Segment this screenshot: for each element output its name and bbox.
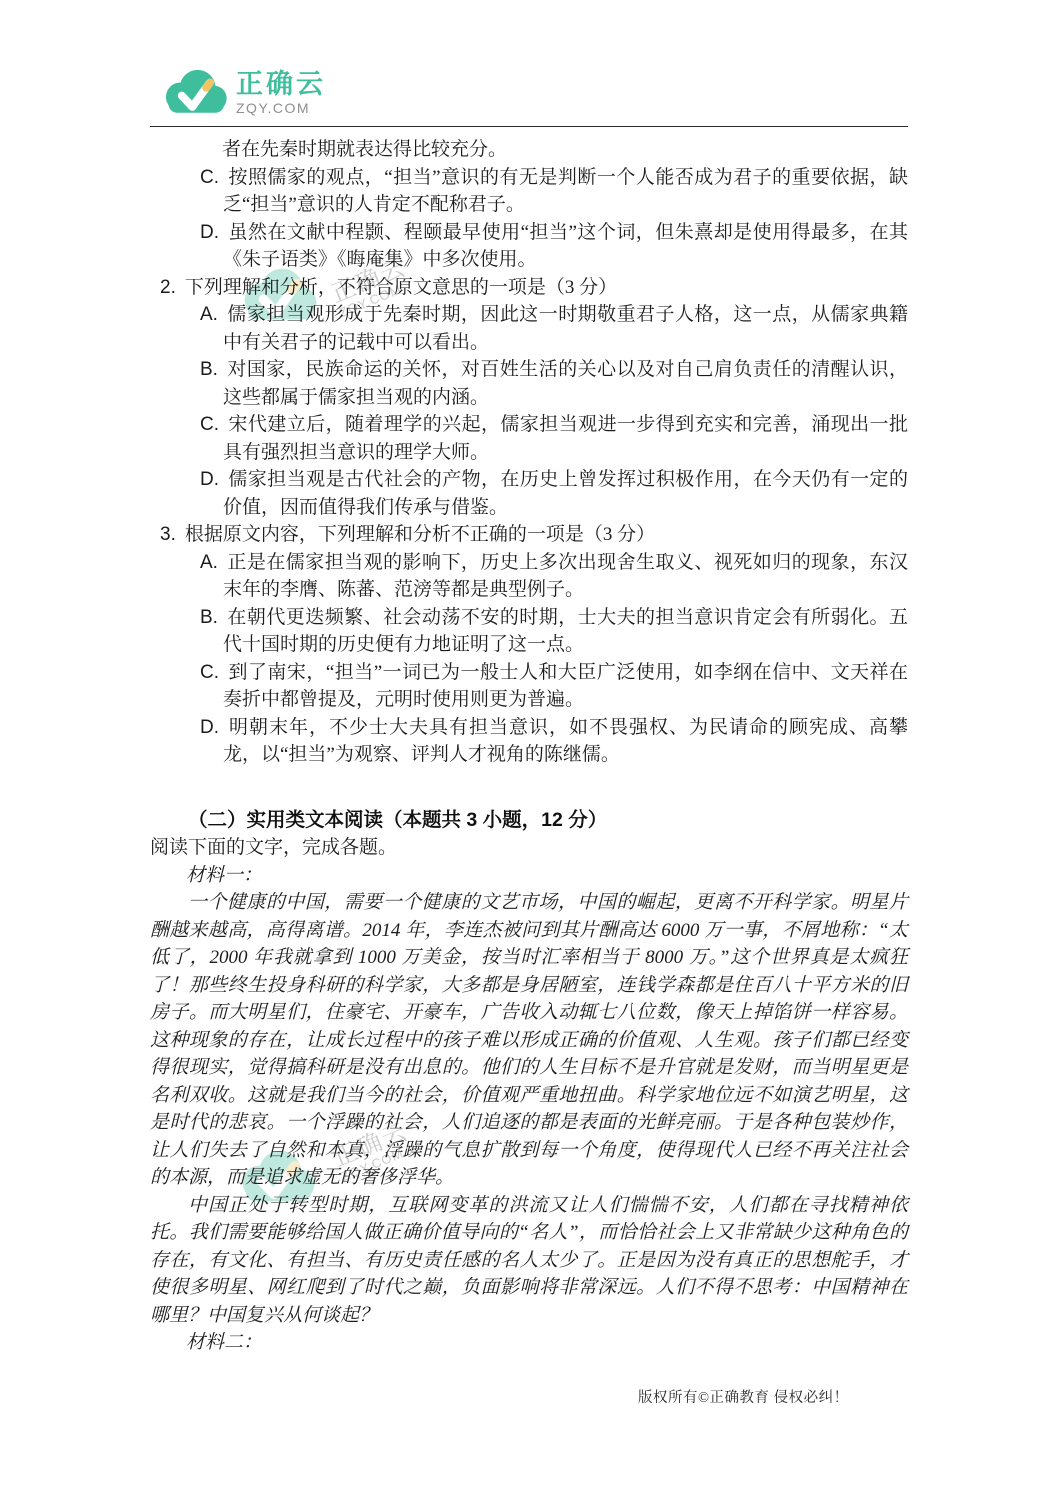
material-2-label: 材料二： (150, 1329, 908, 1357)
option-text: 虽然在文献中程颢、程颐最早使用“担当”这个词，但朱熹却是使用得最多，在其《朱子语… (223, 222, 908, 271)
q1-option-c: C.按照儒家的观点，“担当”意识的有无是判断一个人能否成为君子的重要依据，缺乏“… (200, 164, 908, 219)
q2-option-a: A.儒家担当观形成于先秦时期，因此这一时期敬重君子人格，这一点，从儒家典籍中有关… (200, 301, 908, 356)
option-text: 按照儒家的观点，“担当”意识的有无是判断一个人能否成为君子的重要依据，缺乏“担当… (223, 167, 908, 216)
logo-brand-name: 正确云 (236, 70, 326, 98)
logo-text-block: 正确云 ZQY.COM (236, 70, 326, 116)
option-label: C. (200, 662, 219, 683)
q3-option-b: B.在朝代更迭频繁、社会动荡不安的时期，士大夫的担当意识肯定会有所弱化。五代十国… (200, 604, 908, 659)
option-label: D. (200, 222, 219, 243)
option-text: 儒家担当观是古代社会的产物，在历史上曾发挥过积极作用，在今天仍有一定的价值，因而… (223, 469, 908, 518)
site-logo: 正确云 ZQY.COM (162, 64, 326, 122)
option-text: 宋代建立后，随着理学的兴起，儒家担当观进一步得到充实和完善，涌现出一批具有强烈担… (223, 414, 908, 463)
logo-domain: ZQY.COM (236, 100, 326, 116)
material-1-paragraph-2: 中国正处于转型时期，互联网变革的洪流又让人们惴惴不安，人们都在寻找精神依托。我们… (150, 1192, 908, 1330)
question-3-stem: 3.根据原文内容，下列理解和分析不正确的一项是（3 分） (160, 521, 908, 549)
option-text: 对国家，民族命运的关怀，对百姓生活的关心以及对自己肩负责任的清醒认识，这些都属于… (223, 359, 908, 408)
question-text: 下列理解和分析，不符合原文意思的一项是（3 分） (185, 277, 617, 298)
option-label: D. (200, 717, 219, 738)
copyright-notice: 版权所有©正确教育 侵权必纠！ (638, 1386, 849, 1407)
option-text: 儒家担当观形成于先秦时期，因此这一时期敬重君子人格，这一点，从儒家典籍中有关君子… (223, 304, 908, 353)
question-text: 根据原文内容，下列理解和分析不正确的一项是（3 分） (185, 524, 655, 545)
material-1-paragraph-1: 一个健康的中国，需要一个健康的文艺市场，中国的崛起，更离不开科学家。明星片酬越来… (150, 889, 908, 1192)
option-text: 到了南宋，“担当”一词已为一般士人和大臣广泛使用，如李纲在信中、文天祥在奏折中都… (223, 662, 908, 711)
question-number: 3. (160, 524, 176, 545)
q2-option-d: D.儒家担当观是古代社会的产物，在历史上曾发挥过积极作用，在今天仍有一定的价值，… (200, 466, 908, 521)
option-label: C. (200, 167, 219, 188)
logo-cloud-check-icon (162, 64, 228, 122)
option-text: 在朝代更迭频繁、社会动荡不安的时期，士大夫的担当意识肯定会有所弱化。五代十国时期… (223, 607, 908, 656)
q1-option-b-continuation: 者在先秦时期就表达得比较充分。 (150, 136, 908, 164)
option-label: C. (200, 414, 219, 435)
q3-option-d: D.明朝末年，不少士大夫具有担当意识，如不畏强权、为民请命的顾宪成、高攀龙，以“… (200, 714, 908, 769)
option-label: A. (200, 304, 218, 325)
option-label: A. (200, 552, 218, 573)
question-number: 2. (160, 277, 176, 298)
option-label: D. (200, 469, 219, 490)
exam-document-page: 正确云 ZQY.COM 正确云 ZQY.COM 正确云 (0, 0, 1058, 1497)
q3-option-c: C.到了南宋，“担当”一词已为一般士人和大臣广泛使用，如李纲在信中、文天祥在奏折… (200, 659, 908, 714)
option-label: B. (200, 359, 218, 380)
section-2-heading: （二）实用类文本阅读（本题共 3 小题，12 分） (150, 807, 908, 835)
material-1-label: 材料一： (150, 862, 908, 890)
q2-option-b: B.对国家，民族命运的关怀，对百姓生活的关心以及对自己肩负责任的清醒认识，这些都… (200, 356, 908, 411)
document-body: 者在先秦时期就表达得比较充分。 C.按照儒家的观点，“担当”意识的有无是判断一个… (150, 136, 908, 1357)
q1-option-d: D.虽然在文献中程颢、程颐最早使用“担当”这个词，但朱熹却是使用得最多，在其《朱… (200, 219, 908, 274)
header-divider (150, 126, 908, 127)
question-2-stem: 2.下列理解和分析，不符合原文意思的一项是（3 分） (160, 274, 908, 302)
q2-option-c: C.宋代建立后，随着理学的兴起，儒家担当观进一步得到充实和完善，涌现出一批具有强… (200, 411, 908, 466)
option-text: 正是在儒家担当观的影响下，历史上多次出现舍生取义、视死如归的现象，东汉末年的李膺… (223, 552, 908, 601)
q3-option-a: A.正是在儒家担当观的影响下，历史上多次出现舍生取义、视死如归的现象，东汉末年的… (200, 549, 908, 604)
option-label: B. (200, 607, 218, 628)
reading-instruction: 阅读下面的文字，完成各题。 (150, 834, 908, 862)
option-text: 明朝末年，不少士大夫具有担当意识，如不畏强权、为民请命的顾宪成、高攀龙，以“担当… (223, 717, 908, 766)
